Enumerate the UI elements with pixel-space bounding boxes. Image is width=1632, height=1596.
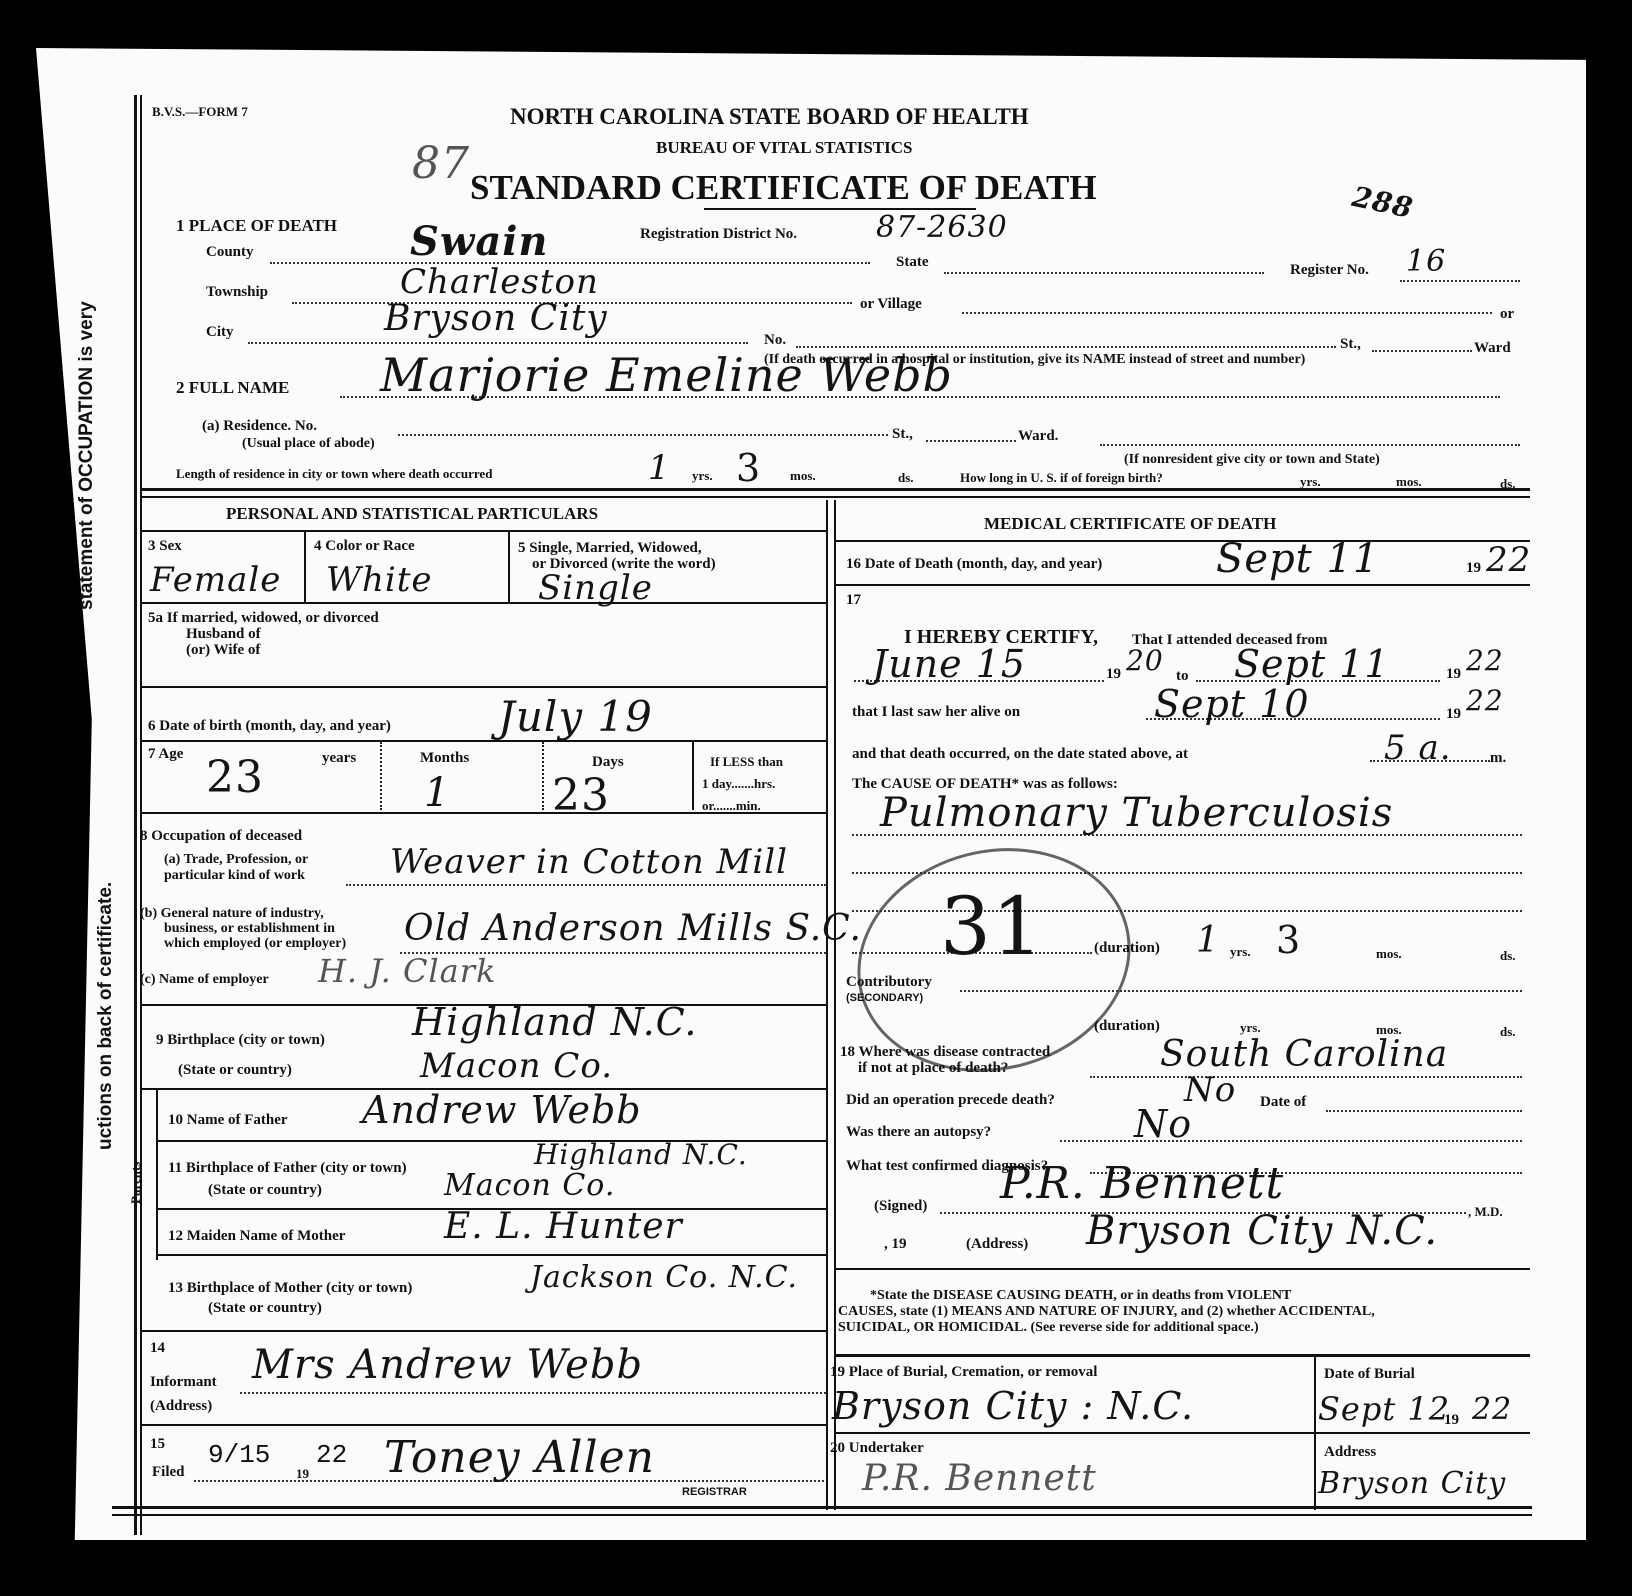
personal-title-rule xyxy=(140,530,826,532)
death-time-value[interactable]: 5 a. xyxy=(1384,728,1452,768)
last-saw-label: that I last saw her alive on xyxy=(852,704,1020,721)
age-months-value[interactable]: 1 xyxy=(424,770,450,816)
bottom-frame-2 xyxy=(112,1514,1532,1516)
last-saw-year[interactable]: 22 xyxy=(1466,684,1504,717)
parents-divider xyxy=(156,1090,158,1260)
form-id: B.V.S.—FORM 7 xyxy=(152,104,248,120)
stamp-number: 31 xyxy=(940,880,1044,973)
township-value[interactable]: Charleston xyxy=(400,262,599,302)
physician-address-label: (Address) xyxy=(966,1236,1028,1253)
parents-vertical-label: Parents xyxy=(128,1162,144,1204)
certificate-title: STANDARD CERTIFICATE OF DEATH xyxy=(470,168,1097,208)
father-birth-value[interactable]: Highland N.C. xyxy=(534,1138,748,1171)
undertaker-address-value[interactable]: Bryson City xyxy=(1318,1466,1506,1501)
registration-district-value[interactable]: 87-2630 xyxy=(876,210,1008,245)
duration-mos-label: mos. xyxy=(1376,946,1402,962)
operation-label: Did an operation precede death? xyxy=(846,1092,1055,1109)
secondary-ds-label: ds. xyxy=(1500,1024,1516,1040)
signed-label: (Signed) xyxy=(874,1198,927,1215)
age-divider-2 xyxy=(542,742,544,810)
header-divider-2 xyxy=(140,496,1530,498)
industry-label-3: which employed (or employer) xyxy=(164,936,346,952)
secondary-duration-label: (duration) xyxy=(1094,1018,1160,1035)
father-birth-state-label: (State or country) xyxy=(208,1182,322,1199)
register-no-line xyxy=(1400,280,1520,282)
trade-line xyxy=(346,884,826,886)
st-line xyxy=(1372,350,1472,352)
city-label: City xyxy=(206,324,234,341)
township-label: Township xyxy=(206,284,268,301)
burial-label: 19 Place of Burial, Cremation, or remova… xyxy=(830,1364,1097,1381)
or-label: or xyxy=(1500,306,1514,323)
residence-label: (a) Residence. No. xyxy=(202,418,317,435)
attended-from-year-prefix: 19 xyxy=(1106,666,1121,683)
father-birth-label: 11 Birthplace of Father (city or town) xyxy=(168,1160,407,1177)
undertaker-label: 20 Undertaker xyxy=(830,1440,924,1457)
sex-label: 3 Sex xyxy=(148,538,182,555)
row-rule-5 xyxy=(140,602,826,604)
birthplace-value[interactable]: Highland N.C. xyxy=(412,1000,697,1044)
undertaker-address-label: Address xyxy=(1324,1444,1376,1461)
contributory-line xyxy=(960,990,1522,992)
footnote-line-3: SUICIDAL, OR HOMICIDAL. (See reverse sid… xyxy=(838,1320,1259,1336)
dot-19-label: , 19 xyxy=(884,1236,907,1253)
place-of-death-label: 1 PLACE OF DEATH xyxy=(176,216,337,236)
days-label: Days xyxy=(592,754,624,771)
color-cell-divider xyxy=(508,530,510,602)
nonresident-line xyxy=(1100,444,1520,446)
column-divider-2 xyxy=(834,500,836,1510)
filed-year-prefix: 19 xyxy=(296,1466,309,1482)
contributory-label: Contributory xyxy=(846,974,932,991)
age-divider-3 xyxy=(692,742,694,810)
undertaker-value[interactable]: P.R. Bennett xyxy=(862,1458,1097,1499)
cause-value[interactable]: Pulmonary Tuberculosis xyxy=(880,790,1393,836)
residence-line xyxy=(398,434,888,436)
dod-year-prefix: 19 xyxy=(1466,560,1481,577)
date-of-label: Date of xyxy=(1260,1094,1306,1111)
age-divider-1 xyxy=(380,742,382,810)
city-value[interactable]: Bryson City xyxy=(384,298,608,339)
register-no-label: Register No. xyxy=(1290,262,1369,279)
board-name: NORTH CAROLINA STATE BOARD OF HEALTH xyxy=(510,104,1029,130)
informant-number: 14 xyxy=(150,1340,165,1357)
dob-value[interactable]: July 19 xyxy=(498,692,653,741)
age-label: 7 Age xyxy=(148,746,183,763)
date-of-line xyxy=(1326,1110,1522,1112)
nonresident-note: (If nonresident give city or town and St… xyxy=(1124,452,1380,468)
where-contracted-line xyxy=(1090,1076,1522,1078)
residence-ward-label: Ward. xyxy=(1018,428,1058,445)
spouse-label-3: (or) Wife of xyxy=(186,642,260,659)
dod-value[interactable]: Sept 11 xyxy=(1216,536,1379,582)
spouse-label-2: Husband of xyxy=(186,626,261,643)
state-line xyxy=(944,272,1264,274)
burial-place-value[interactable]: Bryson City : N.C. xyxy=(832,1384,1194,1428)
burial-year-prefix: 19 xyxy=(1444,1412,1459,1429)
row-rule-signed xyxy=(834,1268,1530,1270)
less-than-label: If LESS than xyxy=(710,754,783,770)
md-label: , M.D. xyxy=(1468,1204,1503,1220)
row-rule-13 xyxy=(140,1330,826,1332)
duration-yrs-label: yrs. xyxy=(1230,944,1251,960)
employer-label: (c) Name of employer xyxy=(140,972,269,988)
burial-year-value[interactable]: 22 xyxy=(1472,1392,1512,1427)
filed-label: Filed xyxy=(152,1464,185,1481)
secondary-label: (SECONDARY) xyxy=(846,992,923,1004)
marital-label: 5 Single, Married, Widowed, xyxy=(518,540,702,557)
where-contracted-label-2: if not at place of death? xyxy=(858,1060,1008,1077)
residence-st-line xyxy=(926,440,1016,442)
autopsy-line xyxy=(1060,1140,1522,1142)
state-label: State xyxy=(896,254,929,271)
occupation-label: 8 Occupation of deceased xyxy=(140,828,302,845)
attended-from-year[interactable]: 20 xyxy=(1126,644,1164,677)
row-rule-footnote xyxy=(834,1354,1530,1357)
attended-from-value[interactable]: June 15 xyxy=(872,642,1026,686)
personal-section-title: PERSONAL AND STATISTICAL PARTICULARS xyxy=(226,504,598,524)
row-rule-7 xyxy=(140,812,826,814)
length-ds-label: ds. xyxy=(898,470,914,486)
mother-label: 12 Maiden Name of Mother xyxy=(168,1228,345,1245)
registrar-label: REGISTRAR xyxy=(682,1486,747,1498)
village-line xyxy=(962,312,1492,314)
father-label: 10 Name of Father xyxy=(168,1112,288,1129)
item-17-label: 17 xyxy=(846,592,861,609)
filed-number: 15 xyxy=(150,1436,165,1453)
birthplace-state-value[interactable]: Macon Co. xyxy=(420,1046,613,1086)
attended-to-year[interactable]: 22 xyxy=(1466,644,1504,677)
employer-value[interactable]: H. J. Clark xyxy=(318,952,496,990)
months-label: Months xyxy=(420,750,469,767)
trade-label-2: particular kind of work xyxy=(164,868,305,884)
column-divider-1 xyxy=(826,500,828,1510)
filed-date-value[interactable]: 9/15 xyxy=(208,1440,270,1470)
header-divider-1 xyxy=(140,488,1530,491)
length-years-value[interactable]: 1 xyxy=(648,448,671,488)
mother-birth-label: 13 Birthplace of Mother (city or town) xyxy=(168,1280,412,1297)
row-rule-12 xyxy=(156,1254,826,1256)
death-time-label: and that death occurred, on the date sta… xyxy=(852,746,1188,763)
less-hrs-label: 1 day.......hrs. xyxy=(702,776,775,792)
residence-sub-label: (Usual place of abode) xyxy=(242,436,375,452)
birthplace-state-label: (State or country) xyxy=(178,1062,292,1079)
father-birth-state-value[interactable]: Macon Co. xyxy=(444,1168,615,1203)
length-of-residence-label: Length of residence in city or town wher… xyxy=(176,466,492,482)
birthplace-label: 9 Birthplace (city or town) xyxy=(156,1032,325,1049)
dod-label: 16 Date of Death (month, day, and year) xyxy=(846,556,1102,573)
color-label: 4 Color or Race xyxy=(314,538,415,555)
industry-label-2: business, or establishment in xyxy=(164,921,335,937)
sex-cell-divider xyxy=(304,530,306,602)
city-line xyxy=(248,342,748,344)
informant-value[interactable]: Mrs Andrew Webb xyxy=(252,1342,643,1388)
side-note-instructions: uctions on back of certificate. xyxy=(95,882,117,1150)
years-label: years xyxy=(322,750,356,767)
autopsy-value[interactable]: No xyxy=(1134,1102,1192,1146)
where-contracted-value[interactable]: South Carolina xyxy=(1160,1034,1448,1075)
duration-months-value[interactable]: 3 xyxy=(1276,918,1301,962)
burial-date-value[interactable]: Sept 12 xyxy=(1318,1390,1450,1428)
row-rule-14 xyxy=(140,1424,826,1426)
spouse-label: 5a If married, widowed, or divorced xyxy=(148,610,379,627)
registrar-signature[interactable]: Toney Allen xyxy=(384,1432,655,1483)
row-rule-6 xyxy=(140,740,826,742)
trade-label: (a) Trade, Profession, or xyxy=(164,852,308,868)
where-contracted-label: 18 Where was disease contracted xyxy=(840,1044,1050,1061)
st-label: St., xyxy=(1340,336,1361,353)
informant-label: Informant xyxy=(150,1374,217,1391)
bottom-frame-1 xyxy=(112,1506,1532,1509)
last-saw-year-prefix: 19 xyxy=(1446,706,1461,723)
medical-title-rule xyxy=(834,540,1530,542)
frame-left-inner xyxy=(140,95,142,1535)
ward-label: Ward xyxy=(1474,340,1511,357)
full-name-label: 2 FULL NAME xyxy=(176,378,289,398)
age-years-value[interactable]: 23 xyxy=(206,752,264,803)
mother-birth-value[interactable]: Jackson Co. N.C. xyxy=(530,1260,798,1295)
row-rule-burial xyxy=(834,1432,1530,1434)
trade-value[interactable]: Weaver in Cotton Mill xyxy=(390,842,788,882)
foreign-birth-label: How long in U. S. if of foreign birth? xyxy=(960,470,1163,486)
bureau-name: BUREAU OF VITAL STATISTICS xyxy=(656,138,913,158)
duration-label: (duration) xyxy=(1094,940,1160,957)
dob-label: 6 Date of birth (month, day, and year) xyxy=(148,718,391,735)
county-value[interactable]: Swain xyxy=(410,218,549,265)
father-value[interactable]: Andrew Webb xyxy=(362,1088,642,1132)
industry-value[interactable]: Old Anderson Mills S.C. xyxy=(404,908,862,949)
industry-label: (b) General nature of industry, xyxy=(140,906,324,922)
length-months-value[interactable]: 3 xyxy=(736,446,761,490)
mother-value[interactable]: E. L. Hunter xyxy=(444,1206,683,1247)
county-label: County xyxy=(206,244,254,261)
attended-to-year-prefix: 19 xyxy=(1446,666,1461,683)
footnote-line-1: *State the DISEASE CAUSING DEATH, or in … xyxy=(870,1288,1291,1304)
physician-address-value[interactable]: Bryson City N.C. xyxy=(1086,1208,1438,1254)
informant-line xyxy=(240,1392,826,1394)
color-value[interactable]: White xyxy=(326,560,433,600)
residence-st-label: St., xyxy=(892,426,913,443)
row-rule-16 xyxy=(834,584,1530,586)
last-saw-value[interactable]: Sept 10 xyxy=(1154,682,1310,726)
length-yrs-label: yrs. xyxy=(692,468,713,484)
row-rule-5a xyxy=(140,686,826,688)
duration-years-value[interactable]: 1 xyxy=(1196,920,1220,961)
full-name-value[interactable]: Marjorie Emeline Webb xyxy=(380,348,953,402)
physician-signature[interactable]: P.R. Bennett xyxy=(1000,1158,1284,1209)
duration-ds-label: ds. xyxy=(1500,948,1516,964)
burial-date-label: Date of Burial xyxy=(1324,1366,1415,1383)
medical-section-title: MEDICAL CERTIFICATE OF DEATH xyxy=(984,514,1276,534)
register-no-value[interactable]: 16 xyxy=(1406,244,1446,279)
length-mos-label: mos. xyxy=(790,468,816,484)
sex-value[interactable]: Female xyxy=(150,560,281,600)
no-label: No. xyxy=(764,332,786,349)
footnote-line-2: CAUSES, state (1) MEANS AND NATURE OF IN… xyxy=(838,1304,1375,1320)
filed-year-value[interactable]: 22 xyxy=(316,1440,347,1470)
frame-left-outer xyxy=(134,95,137,1535)
village-label: or Village xyxy=(860,296,922,313)
registration-district-label: Registration District No. xyxy=(640,226,797,243)
informant-address-label: (Address) xyxy=(150,1398,212,1415)
attended-to-value[interactable]: Sept 11 xyxy=(1234,642,1390,686)
m-label: m. xyxy=(1490,750,1506,767)
margin-note-number: 87 xyxy=(412,138,470,189)
side-note-occupation: statement of OCCUPATION is very xyxy=(76,301,98,610)
dod-year-value[interactable]: 22 xyxy=(1486,540,1531,580)
autopsy-label: Was there an autopsy? xyxy=(846,1124,991,1141)
mother-birth-state-label: (State or country) xyxy=(208,1300,322,1317)
